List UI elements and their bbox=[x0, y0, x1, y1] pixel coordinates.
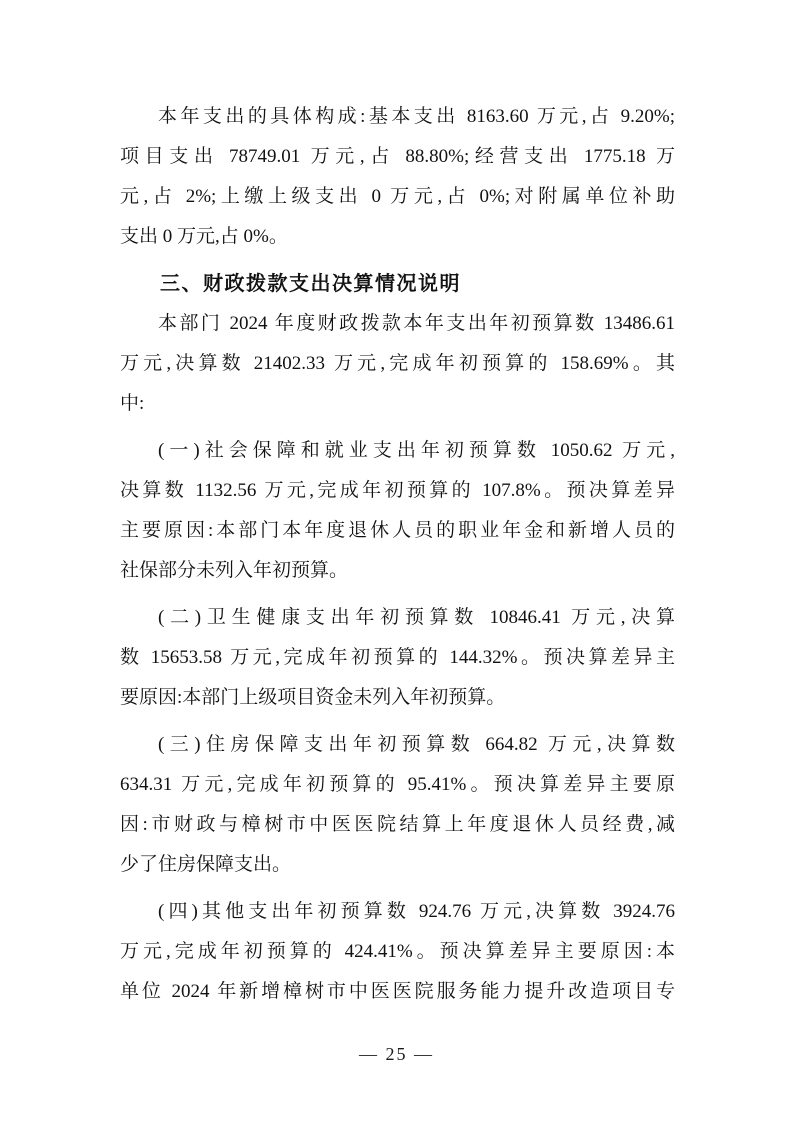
text-line: 社保部分未列入年初预算。 bbox=[120, 551, 675, 591]
text-line: 主要原因:本部门本年度退休人员的职业年金和新增人员的 bbox=[120, 511, 675, 551]
heading-text: 三、财政拨款支出决算情况说明 bbox=[120, 264, 675, 304]
text-line: (四)其他支出年初预算数 924.76 万元,决算数 3924.76 bbox=[120, 892, 675, 932]
text-line: 万元,决算数 21402.33 万元,完成年初预算的 158.69%。其 bbox=[120, 344, 675, 384]
text-line: (二)卫生健康支出年初预算数 10846.41 万元,决算 bbox=[120, 598, 675, 638]
text-line: (三)住房保障支出年初预算数 664.82 万元,决算数 bbox=[120, 725, 675, 765]
text-line: 单位 2024 年新增樟树市中医医院服务能力提升改造项目专 bbox=[120, 972, 675, 1012]
document-body: 本年支出的具体构成:基本支出 8163.60 万元,占 9.20%;项目支出 7… bbox=[120, 97, 675, 1012]
text-line: 要原因:本部门上级项目资金未列入年初预算。 bbox=[120, 678, 675, 718]
text-line: 项目支出 78749.01 万元,占 88.80%;经营支出 1775.18 万 bbox=[120, 137, 675, 177]
text-line: 634.31 万元,完成年初预算的 95.41%。预决算差异主要原 bbox=[120, 765, 675, 805]
page-number: — 25 — bbox=[0, 1042, 793, 1066]
text-line: 少了住房保障支出。 bbox=[120, 845, 675, 885]
text-line: (一)社会保障和就业支出年初预算数 1050.62 万元, bbox=[120, 431, 675, 471]
text-line: 万元,完成年初预算的 424.41%。预决算差异主要原因:本 bbox=[120, 932, 675, 972]
section-heading: 三、财政拨款支出决算情况说明 bbox=[120, 264, 675, 304]
text-line: 因:市财政与樟树市中医医院结算上年度退休人员经费,减 bbox=[120, 805, 675, 845]
paragraph: 本年支出的具体构成:基本支出 8163.60 万元,占 9.20%;项目支出 7… bbox=[120, 97, 675, 257]
text-line: 支出 0 万元,占 0%。 bbox=[120, 217, 675, 257]
document-page: 本年支出的具体构成:基本支出 8163.60 万元,占 9.20%;项目支出 7… bbox=[0, 0, 793, 1122]
text-line: 本部门 2024 年度财政拨款本年支出年初预算数 13486.61 bbox=[120, 304, 675, 344]
text-line: 决算数 1132.56 万元,完成年初预算的 107.8%。预决算差异 bbox=[120, 471, 675, 511]
paragraph: (四)其他支出年初预算数 924.76 万元,决算数 3924.76万元,完成年… bbox=[120, 892, 675, 1012]
paragraph: (三)住房保障支出年初预算数 664.82 万元,决算数634.31 万元,完成… bbox=[120, 725, 675, 885]
text-line: 中: bbox=[120, 384, 675, 424]
paragraph: (二)卫生健康支出年初预算数 10846.41 万元,决算数 15653.58 … bbox=[120, 598, 675, 718]
paragraph: 本部门 2024 年度财政拨款本年支出年初预算数 13486.61万元,决算数 … bbox=[120, 304, 675, 424]
text-line: 元,占 2%;上缴上级支出 0 万元,占 0%;对附属单位补助 bbox=[120, 177, 675, 217]
paragraph: (一)社会保障和就业支出年初预算数 1050.62 万元,决算数 1132.56… bbox=[120, 431, 675, 591]
text-line: 数 15653.58 万元,完成年初预算的 144.32%。预决算差异主 bbox=[120, 638, 675, 678]
text-line: 本年支出的具体构成:基本支出 8163.60 万元,占 9.20%; bbox=[120, 97, 675, 137]
